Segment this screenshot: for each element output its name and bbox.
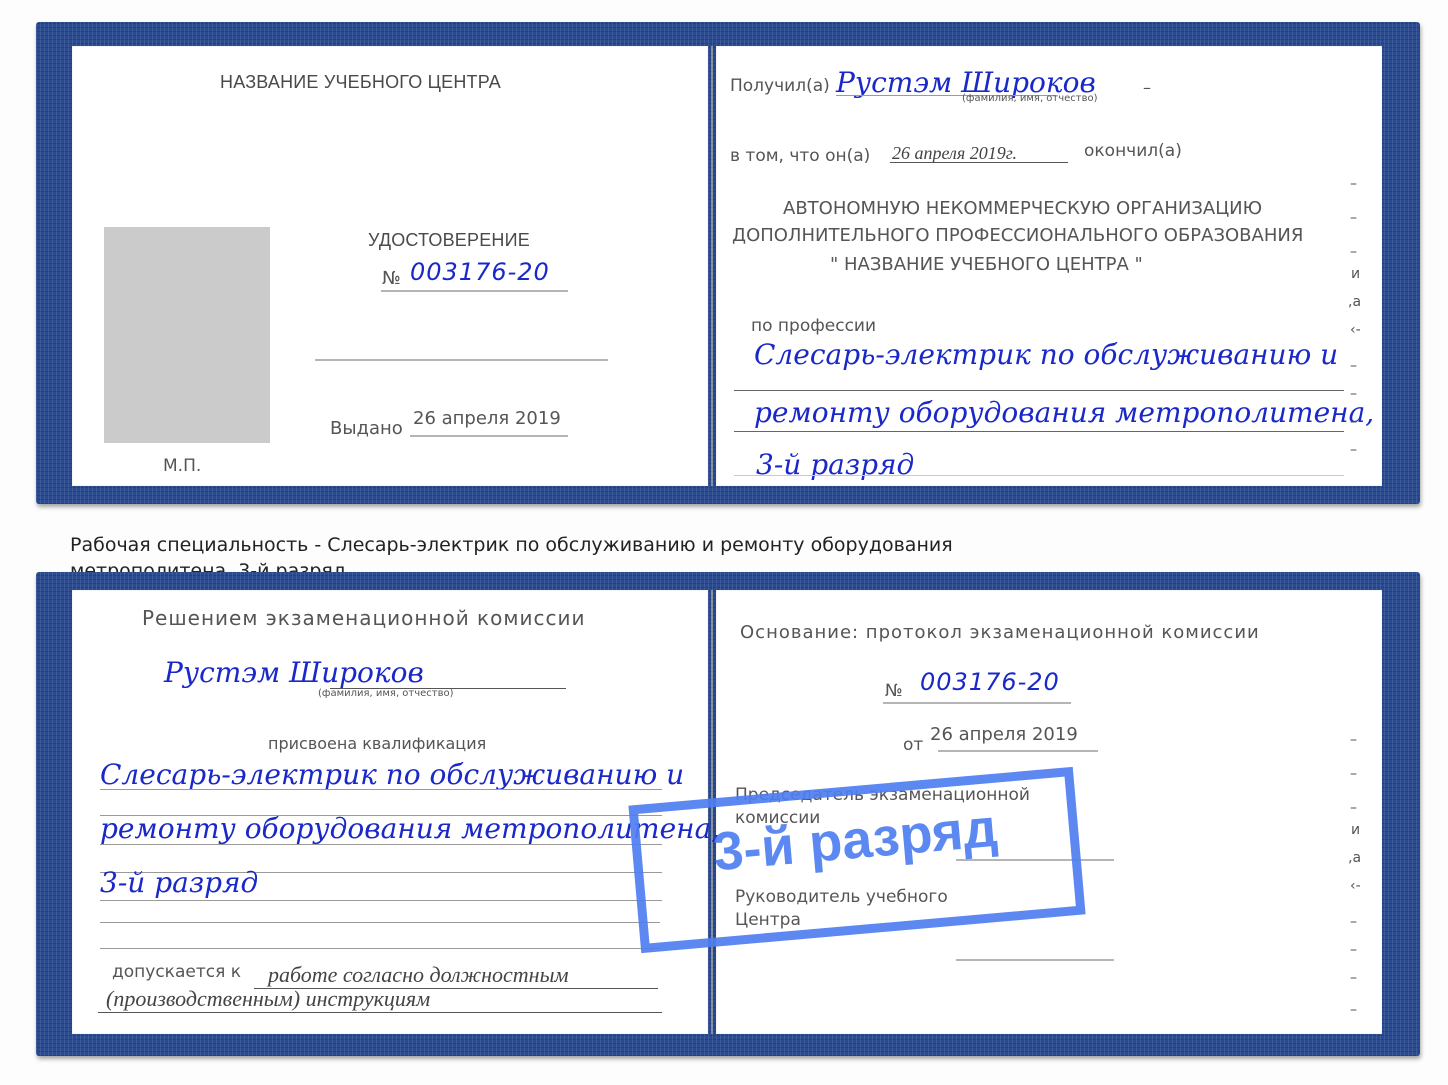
admitted-label: допускается к — [112, 962, 241, 982]
received-dash: – — [1143, 78, 1151, 97]
qualification-label: присвоена квалификация — [268, 734, 486, 753]
qualification-line-1: Слесарь-электрик по обслуживанию и — [100, 758, 684, 791]
number-prefix: № — [382, 268, 401, 289]
that-label: в том, что он(а) — [730, 146, 870, 166]
profession-underline-3 — [734, 475, 1344, 476]
head-signature-line[interactable] — [956, 959, 1114, 961]
qualification-underline-1 — [100, 789, 662, 790]
photo-placeholder — [104, 227, 270, 443]
qualification-underline-2 — [100, 844, 662, 845]
org-line-2: ДОПОЛНИТЕЛЬНОГО ПРОФЕССИОНАЛЬНОГО ОБРАЗО… — [732, 225, 1303, 246]
received-name-hint: (фамилия, имя, отчество) — [962, 93, 1098, 104]
from-label: от — [903, 735, 923, 755]
qualification-underline-4 — [100, 922, 660, 923]
finished-label: окончил(а) — [1084, 141, 1182, 161]
certificate-number: 003176-20 — [410, 258, 550, 286]
that-date-underline — [890, 162, 1068, 163]
qualification-line-2: ремонту оборудования метрополитена, — [100, 812, 720, 845]
received-label: Получил(а) — [730, 76, 830, 96]
profession-line-2: ремонту оборудования метрополитена, — [754, 396, 1374, 429]
org-line-3: " НАЗВАНИЕ УЧЕБНОГО ЦЕНТРА " — [830, 254, 1143, 275]
admitted-line-1: работе согласно должностным — [268, 962, 569, 988]
from-date: 26 апреля 2019 — [930, 724, 1078, 745]
admitted-line-2: (производственным) инструкциям — [106, 986, 430, 1012]
profession-underline-2 — [734, 431, 1344, 432]
org-line-1: АВТОНОМНУЮ НЕКОММЕРЧЕСКУЮ ОРГАНИЗАЦИЮ — [783, 198, 1262, 219]
seal-label: М.П. — [163, 456, 201, 476]
profession-label: по профессии — [751, 316, 876, 336]
profession-underline-1 — [734, 390, 1344, 391]
that-date: 26 апреля 2019г. — [892, 143, 1017, 164]
person-name-hint: (фамилия, имя, отчество) — [318, 688, 454, 699]
decision-label: Решением экзаменационной комиссии — [142, 606, 585, 630]
issued-label: Выдано — [330, 418, 403, 439]
profession-line-1: Слесарь-электрик по обслуживанию и — [754, 338, 1338, 371]
top-spine — [711, 46, 713, 486]
protocol-number-prefix: № — [885, 681, 903, 701]
qualification-underline-5 — [100, 948, 660, 949]
admitted-underline-2 — [98, 1012, 662, 1013]
issued-underline — [410, 435, 568, 437]
protocol-number: 003176-20 — [920, 668, 1060, 696]
qualification-underline-3 — [100, 900, 662, 901]
document-title: УДОСТОВЕРЕНИЕ — [368, 230, 530, 251]
profession-line-3: 3-й разряд — [756, 448, 914, 481]
person-name: Рустэм Широков — [164, 656, 424, 689]
center-name-heading: НАЗВАНИЕ УЧЕБНОГО ЦЕНТРА — [220, 72, 501, 93]
basis-label: Основание: протокол экзаменационной коми… — [740, 622, 1260, 643]
number-underline — [381, 290, 568, 292]
qualification-line-3: 3-й разряд — [100, 866, 258, 899]
protocol-number-underline — [883, 702, 1071, 704]
from-date-underline — [938, 750, 1098, 752]
issued-date: 26 апреля 2019 — [413, 408, 561, 429]
grade-stamp-text: 3-й разряд — [639, 791, 1071, 890]
blank-line — [315, 359, 608, 361]
